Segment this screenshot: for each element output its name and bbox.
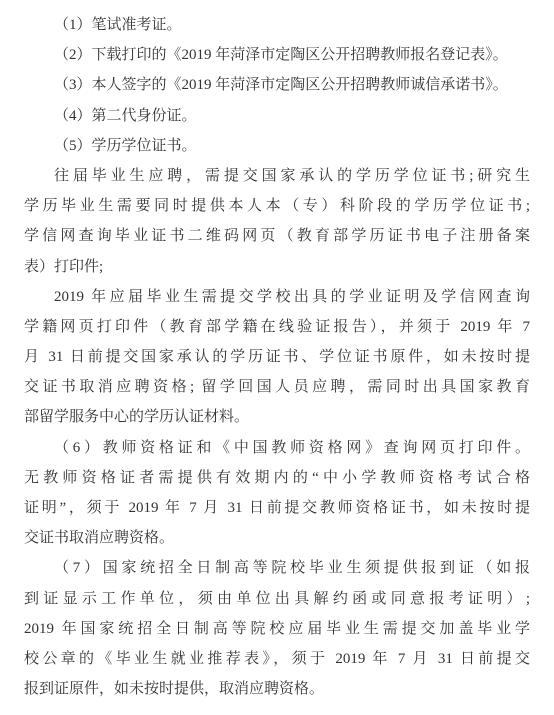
text-line: 表）打印件; (24, 252, 530, 282)
text-line: （5）学历学位证书。 (24, 131, 530, 161)
text-line: （2）下载打印的《2019 年菏泽市定陶区公开招聘教师报名登记表》。 (24, 40, 530, 70)
text-line: 到证显示工作单位，须由单位出具解约函或同意报考证明）; (24, 584, 530, 614)
text-line: （1）笔试准考证。 (24, 10, 530, 40)
text-line: 2019 年国家统招全日制高等院校应届毕业生需提交加盖毕业学 (24, 614, 530, 644)
document-page: （1）笔试准考证。（2）下载打印的《2019 年菏泽市定陶区公开招聘教师报名登记… (0, 0, 554, 715)
text-line: 学籍网页打印件（教育部学籍在线验证报告），并须于 2019 年 7 (24, 312, 530, 342)
text-line: 报到证原件，如未按时提供，取消应聘资格。 (24, 674, 530, 704)
text-line: 学历毕业生需要同时提供本人本（专）科阶段的学历学位证书; (24, 191, 530, 221)
text-line: （3）本人签字的《2019 年菏泽市定陶区公开招聘教师诚信承诺书》。 (24, 70, 530, 100)
text-line: 部留学服务中心的学历认证材料。 (24, 402, 530, 432)
text-line: 学信网查询毕业证书二维码网页（教育部学历证书电子注册备案 (24, 221, 530, 251)
text-line: 月 31 日前提交国家承认的学历证书、学位证书原件，如未按时提 (24, 342, 530, 372)
text-line: 往届毕业生应聘，需提交国家承认的学历学位证书;研究生 (24, 161, 530, 191)
text-line: 无教师资格证者需提供有效期内的“中小学教师资格考试合格 (24, 463, 530, 493)
text-line: （6）教师资格证和《中国教师资格网》查询网页打印件。 (24, 433, 530, 463)
text-line: 校公章的《毕业生就业推荐表》，须于 2019 年 7 月 31 日前提交 (24, 644, 530, 674)
text-line: 交证书取消应聘资格。 (24, 523, 530, 553)
text-line: 2019 年应届毕业生需提交学校出具的学业证明及学信网查询 (24, 282, 530, 312)
text-line: 交证书取消应聘资格; 留学回国人员应聘，需同时出具国家教育 (24, 372, 530, 402)
text-line: （4）第二代身份证。 (24, 101, 530, 131)
text-line: 证明”，须于 2019 年 7 月 31 日前提交教师资格证书，如未按时提 (24, 493, 530, 523)
text-line: （7）国家统招全日制高等院校毕业生须提供报到证（如报 (24, 553, 530, 583)
